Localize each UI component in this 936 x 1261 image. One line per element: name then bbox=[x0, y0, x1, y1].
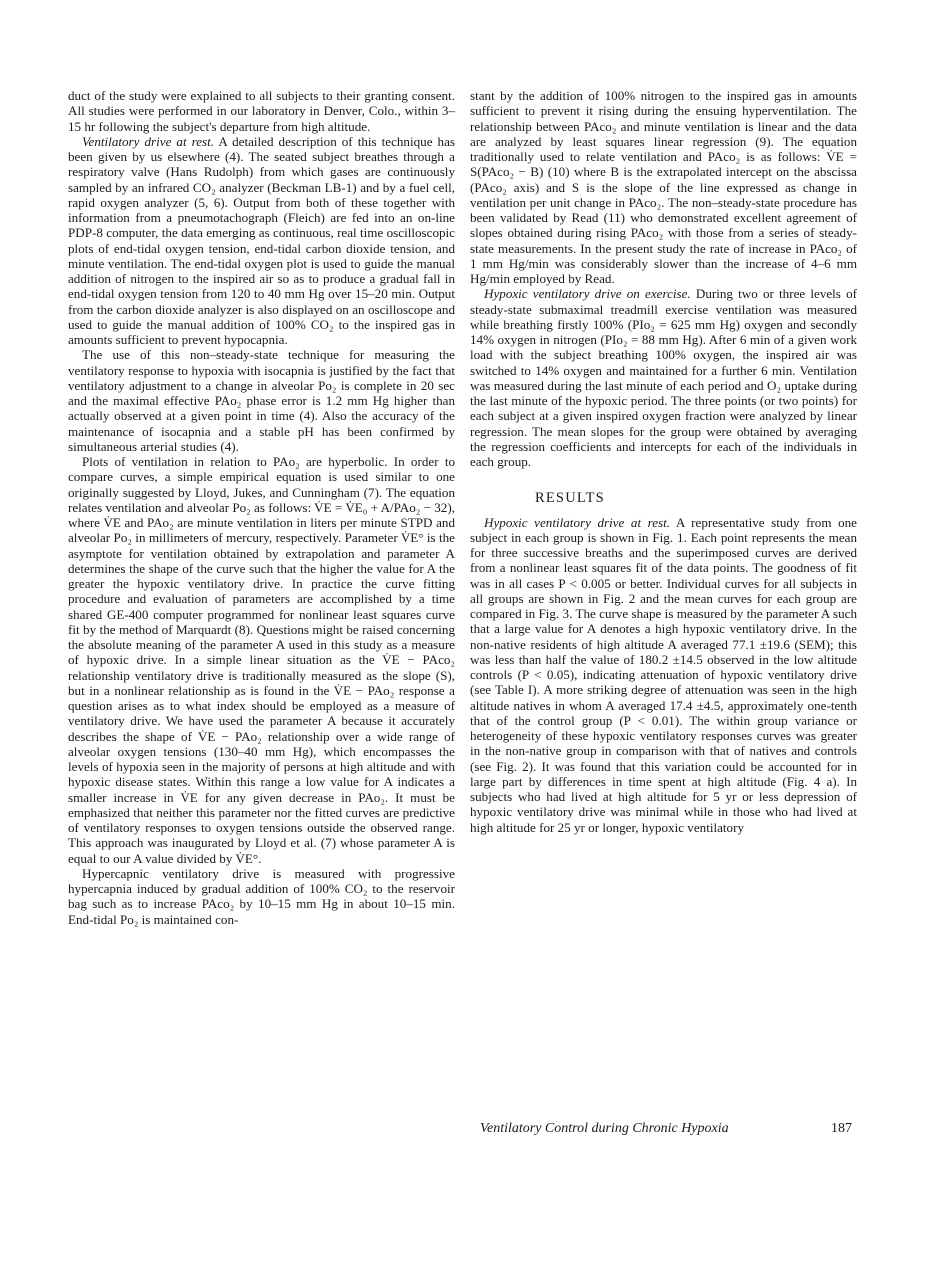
paragraph-hyperbolic-plots: Plots of ventilation in relation to PAo₂… bbox=[68, 454, 455, 866]
page-footer: Ventilatory Control during Chronic Hypox… bbox=[480, 1121, 852, 1137]
paragraph-hypoxic-drive-exercise: Hypoxic ventilatory drive on exercise. D… bbox=[470, 286, 857, 469]
right-column: stant by the addition of 100% nitrogen t… bbox=[470, 88, 857, 835]
paragraph-text: During two or three levels of steady-sta… bbox=[470, 286, 857, 469]
run-in-heading: Hypoxic ventilatory drive on exercise. bbox=[484, 286, 691, 301]
paragraph-hypercapnic-drive: Hypercapnic ventilatory drive is measure… bbox=[68, 866, 455, 927]
paragraph-text: The use of this non–steady-state techniq… bbox=[68, 347, 455, 454]
paragraph-text: A representative study from one subject … bbox=[470, 515, 857, 835]
paragraph-consent: duct of the study were explained to all … bbox=[68, 88, 455, 134]
paragraph-text: stant by the addition of 100% nitrogen t… bbox=[470, 88, 857, 286]
page-number: 187 bbox=[831, 1121, 852, 1137]
section-heading-results: RESULTS bbox=[535, 491, 857, 506]
left-column: duct of the study were explained to all … bbox=[68, 88, 455, 927]
paragraph-text: Plots of ventilation in relation to PAo₂… bbox=[68, 454, 455, 866]
paragraph-results-rest: Hypoxic ventilatory drive at rest. A rep… bbox=[470, 515, 857, 835]
paragraph-text: duct of the study were explained to all … bbox=[68, 88, 455, 134]
paragraph-non-steady-state: The use of this non–steady-state techniq… bbox=[68, 347, 455, 454]
running-title: Ventilatory Control during Chronic Hypox… bbox=[480, 1121, 729, 1137]
run-in-heading: Hypoxic ventilatory drive at rest. bbox=[484, 515, 670, 530]
paragraph-continuation: stant by the addition of 100% nitrogen t… bbox=[470, 88, 857, 286]
paragraph-text: Hypercapnic ventilatory drive is measure… bbox=[68, 866, 455, 927]
paragraph-ventilatory-drive-rest: Ventilatory drive at rest. A detailed de… bbox=[68, 134, 455, 348]
paragraph-text: A detailed description of this technique… bbox=[68, 134, 455, 347]
run-in-heading: Ventilatory drive at rest. bbox=[82, 134, 214, 149]
